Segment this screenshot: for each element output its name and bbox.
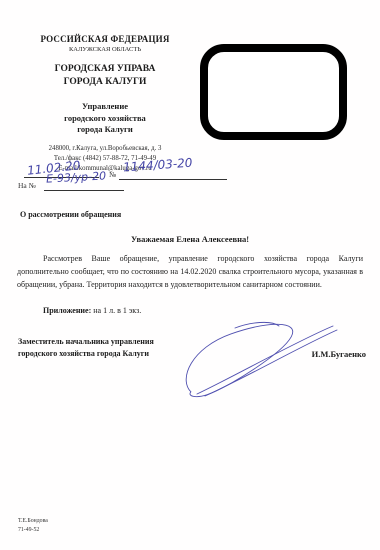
letterhead-organization: ГОРОДСКАЯ УПРАВА ГОРОДА КАЛУГИ — [0, 63, 210, 88]
scanned-letter-page: РОССИЙСКАЯ ФЕДЕРАЦИЯ КАЛУЖСКАЯ ОБЛАСТЬ Г… — [0, 0, 380, 550]
letterhead-country: РОССИЙСКАЯ ФЕДЕРАЦИЯ — [0, 34, 210, 45]
letter-body: Рассмотрев Ваше обращение, управление го… — [17, 252, 363, 291]
letterhead-dept-line1: Управление — [0, 101, 210, 112]
reply-to-label: На № — [18, 181, 36, 190]
letter-salutation: Уважаемая Елена Алексеевна! — [0, 234, 380, 244]
letterhead-region: КАЛУЖСКАЯ ОБЛАСТЬ — [0, 46, 210, 54]
executor-info: Т.Е.Бондова 71-49-52 — [18, 517, 48, 534]
redaction-box — [200, 44, 347, 140]
signer-name: И.М.Бугаенко — [260, 349, 366, 359]
executor-name: Т.Е.Бондова — [18, 517, 48, 526]
number-label: № — [109, 170, 116, 179]
letterhead-dept-line3: города Калуги — [0, 124, 210, 135]
letterhead-dept-line2: городского хозяйства — [0, 113, 210, 124]
executor-phone: 71-49-52 — [18, 526, 48, 535]
number-underline — [119, 179, 227, 180]
signature-scribble — [175, 318, 345, 408]
letterhead: РОССИЙСКАЯ ФЕДЕРАЦИЯ КАЛУЖСКАЯ ОБЛАСТЬ Г… — [0, 34, 210, 174]
letterhead-address: 248000, г.Калуга, ул.Воробьевская, д. 3 — [0, 144, 210, 154]
handwritten-incoming-number: Е-93/ур-20 — [46, 169, 107, 185]
letterhead-department: Управление городского хозяйства города К… — [0, 101, 210, 135]
reply-underline — [44, 190, 124, 191]
letterhead-org-line1: ГОРОДСКАЯ УПРАВА — [0, 63, 210, 75]
attachment-value: на 1 л. в 1 экз. — [91, 306, 141, 315]
letter-subject: О рассмотрении обращения — [20, 210, 121, 219]
attachment-line: Приложение: на 1 л. в 1 экз. — [17, 306, 363, 315]
letterhead-org-line2: ГОРОДА КАЛУГИ — [0, 76, 210, 88]
attachment-label: Приложение: — [43, 306, 91, 315]
